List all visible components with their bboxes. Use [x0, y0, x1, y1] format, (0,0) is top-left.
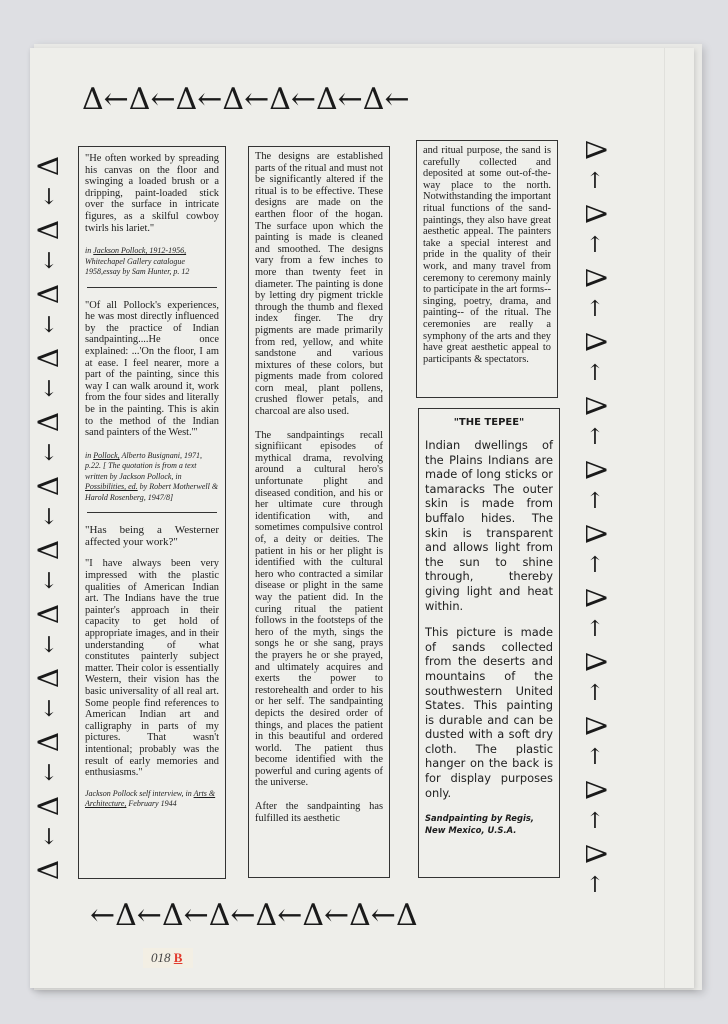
triangle-icon: Δ — [35, 348, 63, 368]
citation-3: Jackson Pollock self interview, in Arts … — [85, 789, 219, 810]
arrow-up-icon: ↑ — [586, 612, 604, 648]
archive-label: 018 B — [143, 948, 193, 968]
arrow-up-icon: ↑ — [586, 868, 604, 904]
quote-2: "Of all Pollock's experiences, he was mo… — [85, 300, 219, 439]
arrow-up-icon: ↑ — [586, 484, 604, 520]
top-border-motif: Δ←Δ←Δ←Δ←Δ←Δ←Δ← — [82, 82, 410, 117]
triangle-icon: Δ — [35, 668, 63, 688]
arrow-down-icon: ↓ — [40, 308, 58, 344]
interview-question: "Has being a Westerner affected your wor… — [85, 525, 219, 548]
arrow-up-icon: ↑ — [586, 548, 604, 584]
credit-line: Sandpainting by Regis, New Mexico, U.S.A… — [425, 812, 553, 836]
triangle-icon: Δ — [35, 796, 63, 816]
arrow-down-icon: ↓ — [40, 180, 58, 216]
triangle-icon: Δ — [581, 396, 609, 416]
arrow-down-icon: ↓ — [40, 692, 58, 728]
triangle-icon: Δ — [35, 732, 63, 752]
triangle-icon: Δ — [581, 844, 609, 864]
triangle-icon: Δ — [35, 412, 63, 432]
page-edge — [664, 48, 695, 988]
triangle-icon: Δ — [35, 156, 63, 176]
arrow-up-icon: ↑ — [586, 356, 604, 392]
arrow-up-icon: ↑ — [586, 164, 604, 200]
arrow-down-icon: ↓ — [40, 372, 58, 408]
arrow-down-icon: ↓ — [40, 500, 58, 536]
triangle-icon: Δ — [581, 332, 609, 352]
triangle-icon: Δ — [581, 460, 609, 480]
citation-1: in Jackson Pollock, 1912-1956, Whitechap… — [85, 246, 219, 278]
triangle-arrow-row-top: Δ←Δ←Δ←Δ←Δ←Δ←Δ← — [82, 82, 410, 117]
arrow-down-icon: ↓ — [40, 628, 58, 664]
citation-2: in Pollock, Alberto Busignani, 1971, p.2… — [85, 451, 219, 504]
bottom-border-motif: ←Δ←Δ←Δ←Δ←Δ←Δ←Δ — [90, 898, 418, 933]
arrow-up-icon: ↑ — [586, 740, 604, 776]
paragraph-designs: The designs are established parts of the… — [255, 151, 383, 418]
arrow-down-icon: ↓ — [40, 244, 58, 280]
left-border-motif: Δ↓Δ↓Δ↓Δ↓Δ↓Δ↓Δ↓Δ↓Δ↓Δ↓Δ↓Δ — [36, 152, 62, 884]
paragraph-mythical-drama: The sandpaintings recall signifiicant ep… — [255, 430, 383, 789]
arrow-up-icon: ↑ — [586, 292, 604, 328]
paragraph-after: After the sandpainting has fulfilled its… — [255, 801, 383, 824]
arrow-down-icon: ↓ — [40, 756, 58, 792]
divider — [87, 512, 217, 513]
arrow-up-icon: ↑ — [586, 804, 604, 840]
arrow-down-icon: ↓ — [40, 564, 58, 600]
paragraph-ritual-purpose: and ritual purpose, the sand is carefull… — [423, 145, 551, 365]
archive-number: 018 — [151, 950, 171, 965]
triangle-icon: Δ — [35, 860, 63, 880]
arrow-down-icon: ↓ — [40, 436, 58, 472]
triangle-icon: Δ — [581, 524, 609, 544]
triangle-icon: Δ — [581, 204, 609, 224]
tepee-title: "THE TEPEE" — [425, 417, 553, 428]
tepee-box: "THE TEPEE" Indian dwellings of the Plai… — [418, 408, 560, 878]
arrow-down-icon: ↓ — [40, 820, 58, 856]
pollock-quotes-box: "He often worked by spreading his canvas… — [78, 146, 226, 879]
triangle-icon: Δ — [581, 716, 609, 736]
triangle-icon: Δ — [581, 588, 609, 608]
arrow-up-icon: ↑ — [586, 420, 604, 456]
triangle-icon: Δ — [35, 220, 63, 240]
triangle-icon: Δ — [35, 540, 63, 560]
triangle-icon: Δ — [35, 476, 63, 496]
triangle-arrow-row-bottom: ←Δ←Δ←Δ←Δ←Δ←Δ←Δ — [90, 898, 418, 933]
citation-1-title: Jackson Pollock, 1912-1956, — [93, 246, 186, 255]
arrow-up-icon: ↑ — [586, 228, 604, 264]
triangle-icon: Δ — [581, 140, 609, 160]
quote-1: "He often worked by spreading his canvas… — [85, 153, 219, 234]
triangle-icon: Δ — [35, 604, 63, 624]
triangle-icon: Δ — [35, 284, 63, 304]
triangle-icon: Δ — [581, 268, 609, 288]
divider — [87, 287, 217, 288]
archive-letter: B — [174, 950, 183, 965]
arrow-up-icon: ↑ — [586, 676, 604, 712]
ritual-purpose-box: and ritual purpose, the sand is carefull… — [416, 140, 558, 398]
triangle-icon: Δ — [581, 652, 609, 672]
product-info-paragraph: This picture is made of sands collected … — [425, 625, 553, 800]
triangle-icon: Δ — [581, 780, 609, 800]
interview-answer: "I have always been very impressed with … — [85, 558, 219, 778]
tepee-paragraph: Indian dwellings of the Plains Indians a… — [425, 438, 553, 613]
sandpainting-text-box: The designs are established parts of the… — [248, 146, 390, 878]
right-border-motif: Δ↑Δ↑Δ↑Δ↑Δ↑Δ↑Δ↑Δ↑Δ↑Δ↑Δ↑Δ↑ — [580, 136, 610, 904]
